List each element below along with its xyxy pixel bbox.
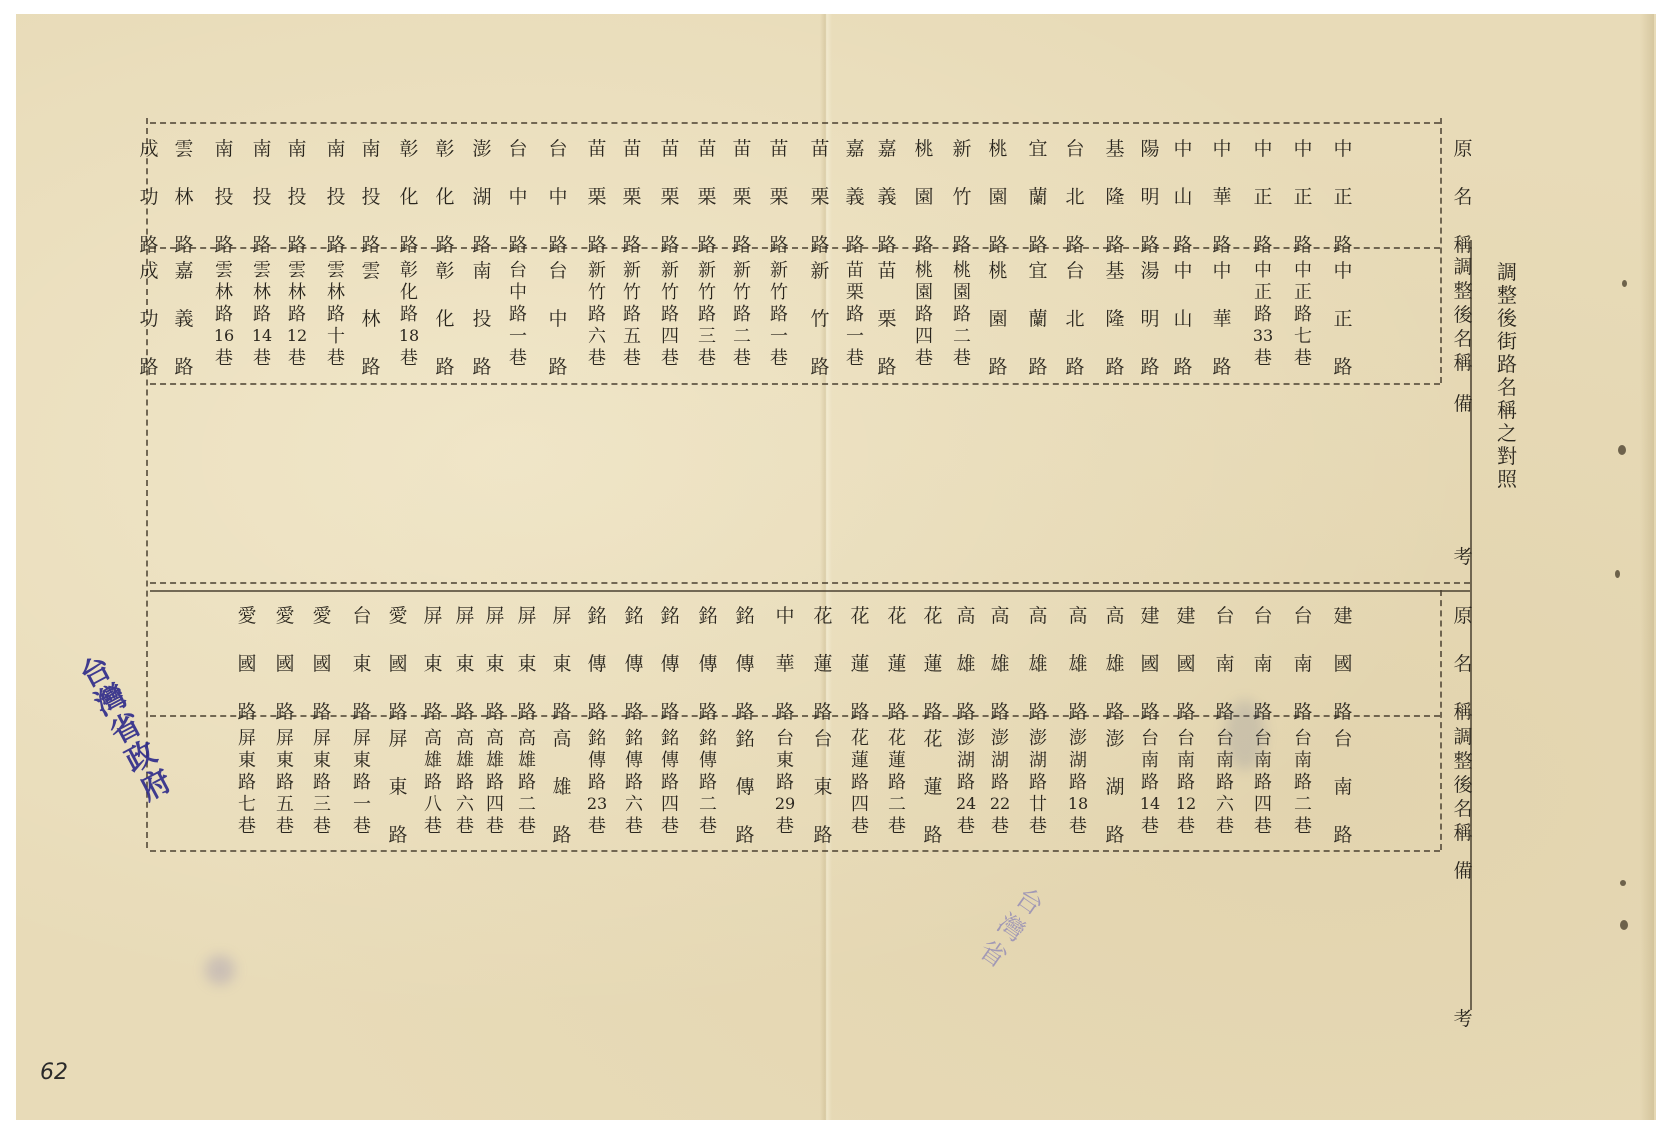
lower-row-adjusted-name: 花蓮路二巷 bbox=[880, 730, 914, 840]
upper-row-adjusted-name: 新竹路五巷 bbox=[615, 262, 649, 372]
upper-row-adjusted-name: 台中路一巷 bbox=[501, 262, 535, 372]
lower-row-adjusted-name: 高雄路二巷 bbox=[510, 730, 544, 840]
upper-header-adjusted: 調整後名稱 bbox=[1446, 258, 1480, 378]
upper-row-adjusted-name: 雲林路 bbox=[354, 262, 388, 406]
lower-row-adjusted-name: 銘傳路 bbox=[728, 730, 762, 874]
lower-row-adjusted-name: 澎湖路22巷 bbox=[983, 730, 1017, 840]
upper-row-adjusted-name: 南投路 bbox=[465, 262, 499, 406]
binding-hole bbox=[1618, 445, 1626, 455]
upper-row-adjusted-name: 中山路 bbox=[1166, 262, 1200, 406]
document-title: 調整後街路名稱之對照 bbox=[1490, 262, 1524, 492]
lower-row-adjusted-name: 花蓮路四巷 bbox=[843, 730, 877, 840]
lower-row-adjusted-name: 銘傳路23巷 bbox=[580, 730, 614, 840]
lower-header-remarks-2: 考 bbox=[1446, 1010, 1480, 1029]
ink-smudge bbox=[205, 955, 235, 985]
upper-row-adjusted-name: 雲林路十巷 bbox=[319, 262, 353, 372]
upper-row-adjusted-name: 桃園路四巷 bbox=[907, 262, 941, 372]
lower-row-adjusted-name: 台南路14巷 bbox=[1133, 730, 1167, 840]
lower-row-adjusted-name: 台南路12巷 bbox=[1169, 730, 1203, 840]
page-number: 62 bbox=[40, 1060, 68, 1085]
binding-mark bbox=[1615, 570, 1620, 578]
upper-row-adjusted-name: 苗栗路一巷 bbox=[838, 262, 872, 372]
upper-row-adjusted-name: 雲林路14巷 bbox=[245, 262, 279, 372]
lower-row-adjusted-name: 澎湖路18巷 bbox=[1061, 730, 1095, 840]
lower-row-adjusted-name: 澎湖路24巷 bbox=[949, 730, 983, 840]
upper-row-adjusted-name: 新竹路 bbox=[803, 262, 837, 406]
upper-row-adjusted-name: 彰化路18巷 bbox=[392, 262, 426, 372]
upper-row-adjusted-name: 桃園路 bbox=[981, 262, 1015, 406]
upper-row-adjusted-name: 桃園路二巷 bbox=[945, 262, 979, 372]
upper-header-remarks-1: 備 bbox=[1446, 395, 1480, 414]
lower-row-adjusted-name: 屏東路七巷 bbox=[230, 730, 264, 840]
lower-row-adjusted-name: 屏東路一巷 bbox=[345, 730, 379, 840]
upper-row-adjusted-name: 新竹路三巷 bbox=[690, 262, 724, 372]
upper-row-adjusted-name: 苗栗路 bbox=[870, 262, 904, 406]
upper-row-adjusted-name: 嘉義路 bbox=[167, 262, 201, 406]
upper-row-adjusted-name: 成功路 bbox=[132, 262, 166, 406]
lower-row-adjusted-name: 高雄路六巷 bbox=[448, 730, 482, 840]
lower-header-adjusted: 調整後名稱 bbox=[1446, 728, 1480, 848]
lower-table-bottom-rule bbox=[150, 850, 1440, 852]
lower-header-remarks-1: 備 bbox=[1446, 862, 1480, 881]
upper-row-adjusted-name: 中正路 bbox=[1326, 262, 1360, 406]
lower-row-adjusted-name: 台東路29巷 bbox=[768, 730, 802, 840]
upper-row-adjusted-name: 中正路七巷 bbox=[1286, 262, 1320, 372]
upper-row-adjusted-name: 新竹路六巷 bbox=[580, 262, 614, 372]
upper-row-adjusted-name: 彰化路 bbox=[428, 262, 462, 406]
upper-header-divider bbox=[1440, 118, 1442, 383]
lower-row-adjusted-name: 屏東路五巷 bbox=[268, 730, 302, 840]
lower-row-adjusted-name: 花蓮路 bbox=[916, 730, 950, 874]
lower-row-adjusted-name: 高雄路八巷 bbox=[416, 730, 450, 840]
lower-table-top-rule-double bbox=[150, 590, 1470, 592]
upper-row-adjusted-name: 中華路 bbox=[1205, 262, 1239, 406]
lower-row-adjusted-name: 澎湖路廿巷 bbox=[1021, 730, 1055, 840]
lower-table-top-rule bbox=[150, 582, 1470, 584]
lower-row-adjusted-name: 銘傳路六巷 bbox=[617, 730, 651, 840]
upper-row-adjusted-name: 基隆路 bbox=[1098, 262, 1132, 406]
lower-row-adjusted-name: 屏東路 bbox=[381, 730, 415, 874]
upper-header-remarks-2: 考 bbox=[1446, 548, 1480, 567]
upper-row-adjusted-name: 雲林路16巷 bbox=[207, 262, 241, 372]
upper-table-top-rule bbox=[150, 122, 1440, 124]
upper-row-adjusted-name: 新竹路四巷 bbox=[653, 262, 687, 372]
lower-row-adjusted-name: 台東路 bbox=[806, 730, 840, 874]
upper-row-adjusted-name: 台北路 bbox=[1058, 262, 1092, 406]
upper-row-adjusted-name: 雲林路12巷 bbox=[280, 262, 314, 372]
upper-row-adjusted-name: 台中路 bbox=[541, 262, 575, 406]
lower-row-adjusted-name: 高雄路 bbox=[545, 730, 579, 874]
lower-header-divider bbox=[1440, 590, 1442, 850]
upper-row-adjusted-name: 中正路33巷 bbox=[1246, 262, 1280, 372]
lower-row-adjusted-name: 高雄路四巷 bbox=[478, 730, 512, 840]
lower-row-adjusted-name: 台南路 bbox=[1326, 730, 1360, 874]
binding-hole bbox=[1620, 920, 1628, 930]
binding-mark bbox=[1622, 280, 1627, 287]
lower-row-adjusted-name: 台南路二巷 bbox=[1286, 730, 1320, 840]
binding-mark bbox=[1620, 880, 1626, 886]
ink-smudge bbox=[1225, 700, 1265, 770]
lower-row-adjusted-name: 銘傳路四巷 bbox=[653, 730, 687, 840]
lower-row-adjusted-name: 屏東路三巷 bbox=[305, 730, 339, 840]
upper-row-adjusted-name: 新竹路一巷 bbox=[762, 262, 796, 372]
lower-row-adjusted-name: 銘傳路二巷 bbox=[691, 730, 725, 840]
upper-row-adjusted-name: 湯明路 bbox=[1133, 262, 1167, 406]
lower-row-adjusted-name: 澎湖路 bbox=[1098, 730, 1132, 874]
upper-row-adjusted-name: 新竹路二巷 bbox=[725, 262, 759, 372]
paper-edge-shadow bbox=[1640, 14, 1654, 1120]
upper-row-adjusted-name: 宜蘭路 bbox=[1021, 262, 1055, 406]
upper-table-bottom-rule bbox=[150, 383, 1440, 385]
